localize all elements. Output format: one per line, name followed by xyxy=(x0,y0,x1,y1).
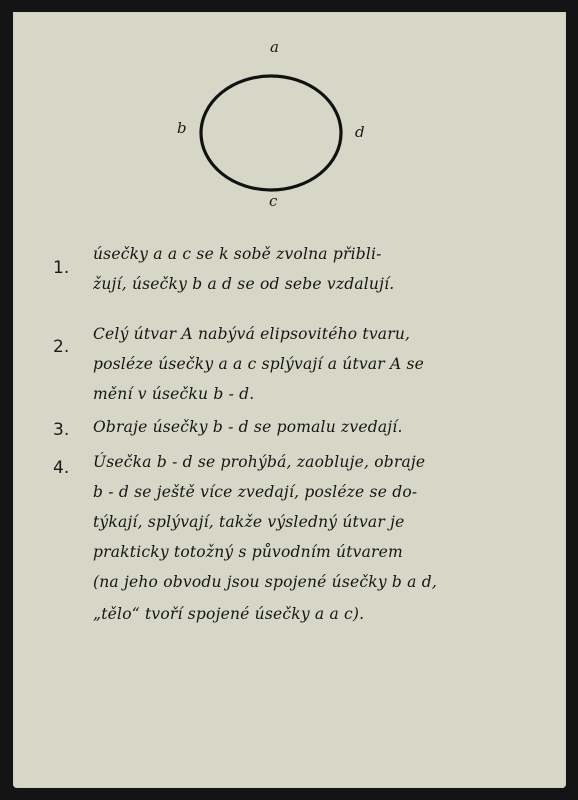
item-number: 4. xyxy=(53,458,69,478)
item-line: b - d se ještě více zvedají, posléze se … xyxy=(93,483,417,501)
item-line: Úsečka b - d se prohýbá, zaobluje, obraj… xyxy=(93,453,425,471)
item-number: 2. xyxy=(53,337,69,357)
item-number: 3. xyxy=(53,420,69,440)
label-right: d xyxy=(355,123,365,141)
paper-sheet: a b d c 1. úsečky a a c se k sobě zvolna… xyxy=(13,12,566,788)
item-line: Obraje úsečky b - d se pomalu zvedají. xyxy=(93,418,403,436)
item-number: 1. xyxy=(53,258,69,278)
item-line: úsečky a a c se k sobě zvolna přibli- xyxy=(93,245,382,263)
item-line: žují, úsečky b a d se od sebe vzdalují. xyxy=(93,275,394,293)
item-line: (na jeho obvodu jsou spojené úsečky b a … xyxy=(93,573,437,591)
circle-shape xyxy=(201,76,341,190)
item-line: posléze úsečky a a c splývají a útvar A … xyxy=(93,355,424,373)
item-line: „tělo“ tvoří spojené úsečky a a c). xyxy=(93,605,364,623)
label-top: a xyxy=(270,38,279,56)
label-bottom: c xyxy=(269,192,277,210)
item-line: mění v úsečku b - d. xyxy=(93,385,254,403)
label-left: b xyxy=(177,119,187,137)
item-line: týkají, splývají, takže výsledný útvar j… xyxy=(93,513,404,531)
item-line: prakticky totožný s původním útvarem xyxy=(93,543,403,561)
item-line: Celý útvar A nabývá elipsovitého tvaru, xyxy=(93,325,410,343)
